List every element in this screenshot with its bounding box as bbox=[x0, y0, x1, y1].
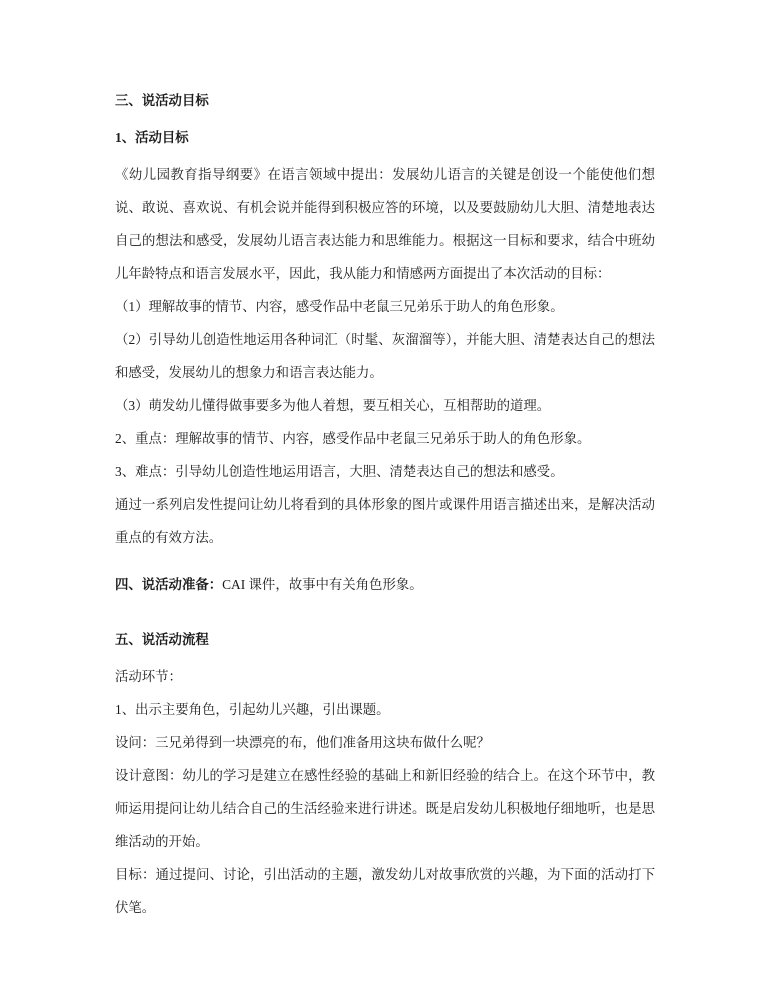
paragraph: 通过一系列启发性提问让幼儿将看到的具体形象的图片或课件用语言描述出来，是解决活动… bbox=[115, 488, 655, 554]
paragraph: 设问：三兄弟得到一块漂亮的布，他们准备用这块布做什么呢？ bbox=[115, 726, 655, 759]
section-heading: 1、活动目标 bbox=[115, 121, 655, 154]
section-heading: 三、说活动目标 bbox=[115, 84, 655, 117]
paragraph: 1、出示主要角色，引起幼儿兴趣，引出课题。 bbox=[115, 693, 655, 726]
paragraph-bold-label: 四、说活动准备： bbox=[115, 577, 222, 592]
document-body: 三、说活动目标1、活动目标《幼儿园教育指导纲要》在语言领域中提出：发展幼儿语言的… bbox=[115, 84, 655, 924]
paragraph-text: CAI 课件，故事中有关角色形象。 bbox=[222, 577, 423, 592]
paragraph: 活动环节： bbox=[115, 660, 655, 693]
paragraph: 2、重点：理解故事的情节、内容，感受作品中老鼠三兄弟乐于助人的角色形象。 bbox=[115, 422, 655, 455]
paragraph: （3）萌发幼儿懂得做事要多为他人着想，要互相关心，互相帮助的道理。 bbox=[115, 389, 655, 422]
paragraph: 四、说活动准备：CAI 课件，故事中有关角色形象。 bbox=[115, 568, 655, 601]
section-heading: 五、说活动流程 bbox=[115, 623, 655, 656]
paragraph: 目标：通过提问、讨论，引出活动的主题，激发幼儿对故事欣赏的兴趣，为下面的活动打下… bbox=[115, 858, 655, 924]
document-page: 三、说活动目标1、活动目标《幼儿园教育指导纲要》在语言领域中提出：发展幼儿语言的… bbox=[0, 0, 770, 1000]
paragraph: 《幼儿园教育指导纲要》在语言领域中提出：发展幼儿语言的关键是创设一个能使他们想说… bbox=[115, 158, 655, 290]
paragraph: （2）引导幼儿创造性地运用各种词汇（时髦、灰溜溜等），并能大胆、清楚表达自己的想… bbox=[115, 323, 655, 389]
paragraph: （1）理解故事的情节、内容，感受作品中老鼠三兄弟乐于助人的角色形象。 bbox=[115, 290, 655, 323]
paragraph: 3、难点：引导幼儿创造性地运用语言，大胆、清楚表达自己的想法和感受。 bbox=[115, 455, 655, 488]
paragraph: 设计意图：幼儿的学习是建立在感性经验的基础上和新旧经验的结合上。在这个环节中，教… bbox=[115, 759, 655, 858]
